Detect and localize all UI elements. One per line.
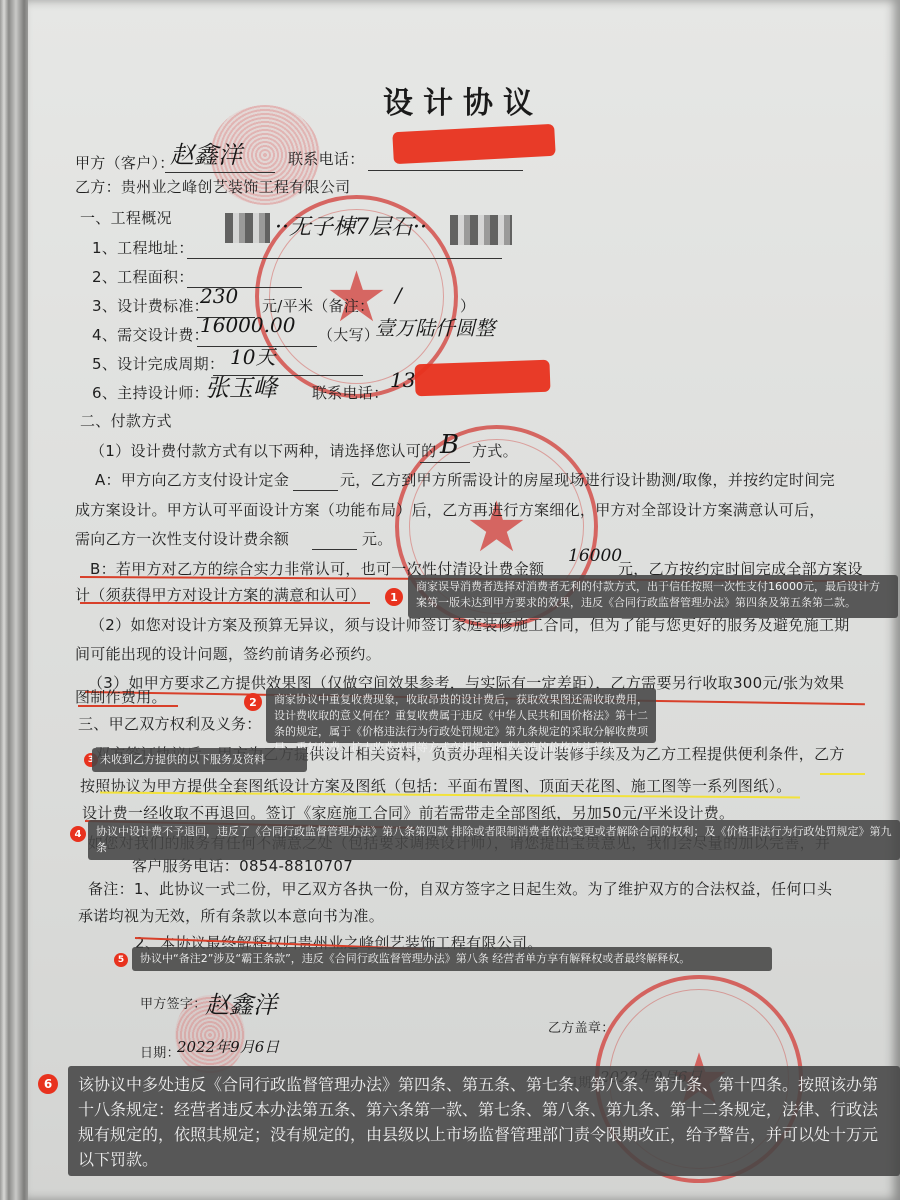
field-fee-standard-label: 3、设计费标准： bbox=[92, 295, 209, 316]
field-design-fee-upper-value: 壹万陆仟圆整 bbox=[375, 312, 495, 341]
annotation-note-1: 商家误导消费者选择对消费者无利的付款方式，出于信任按照一次性支付16000元，最… bbox=[408, 575, 898, 618]
annotation-text-5: 协议中“备注2”涉及“霸王条款”，违反《合同行政监督管理办法》第八条 经营者单方… bbox=[140, 952, 690, 965]
annotation-note-2: 商家协议中重复收费现象，收取昂贵的设计费后，获取效果图还需收取费用，设计费收取的… bbox=[266, 688, 656, 743]
document-title: 设计协议 bbox=[383, 78, 543, 122]
payment-a-line1: A：甲方向乙方支付设计定金 bbox=[95, 469, 289, 490]
annotation-note-5: 协议中“备注2”涉及“霸王条款”，违反《合同行政监督管理办法》第八条 经营者单方… bbox=[132, 947, 772, 971]
field-designer-contact-value: 13 bbox=[390, 368, 415, 392]
party-b-name: 乙方：贵州业之峰创艺装饰工程有限公司 bbox=[75, 176, 350, 197]
payment-2-line2: 间可能出现的设计问题，签约前请务必预约。 bbox=[75, 643, 381, 664]
payment-a-deposit-line bbox=[293, 476, 338, 491]
payment-b-amount: 16000 bbox=[568, 546, 622, 566]
annotation-badge-6: 6 bbox=[38, 1074, 58, 1094]
underline-yellow-duty-1 bbox=[820, 773, 865, 775]
party-a-label: 甲方（客户）： bbox=[75, 152, 175, 173]
redacted-phone-designer bbox=[414, 360, 550, 397]
field-address-label: 1、工程地址： bbox=[92, 237, 194, 258]
annotation-note-4: 协议中设计费不予退回，违反了《合同行政监督管理办法》第八条第四款 排除或者限制消… bbox=[88, 820, 900, 860]
annotation-badge-1: 1 bbox=[385, 588, 403, 606]
annotation-text-6: 该协议中多处违反《合同行政监督管理办法》第四条、第五条、第七条、第八条、第九条、… bbox=[78, 1075, 878, 1169]
party-a-date-value: 2022年9月6日 bbox=[177, 1036, 279, 1057]
field-design-fee-upper-label: （大写） bbox=[318, 324, 379, 345]
address-blur-left bbox=[225, 213, 270, 243]
section3-heading: 三、甲乙双方权利及义务： bbox=[78, 713, 262, 734]
annotation-text-2: 商家协议中重复收费现象，收取昂贵的设计费后，获取效果图还需收取费用，设计费收取的… bbox=[274, 693, 648, 754]
payment-choice-line bbox=[420, 448, 470, 463]
party-a-sign-value: 赵鑫洋 bbox=[205, 985, 277, 1020]
annotation-note-3: 未收到乙方提供的以下服务及资料 bbox=[92, 748, 307, 772]
field-designer-value: 张玉峰 bbox=[205, 368, 277, 403]
field-design-fee-label: 4、需交设计费： bbox=[92, 324, 209, 345]
payment-choice-text: （1）设计费付款方式有以下两种，请选择您认可的 bbox=[90, 440, 436, 461]
field-area-label: 2、工程面积： bbox=[92, 266, 194, 287]
annotation-text-1: 商家误导消费者选择对消费者无利的付款方式，出于信任按照一次性支付16000元，最… bbox=[416, 580, 880, 609]
payment-a-line1b: 元，乙方到甲方所需设计的房屋现场进行设计勘测/取像，并按约定时间完 bbox=[340, 469, 835, 490]
annotation-badge-2: 2 bbox=[244, 693, 262, 711]
remark-1-line2: 承诺均视为无效，所有条款以本意向书为准。 bbox=[78, 905, 384, 926]
field-fee-remark-value: / bbox=[395, 283, 402, 307]
section1-heading: 一、工程概况 bbox=[80, 207, 172, 228]
underline-payment-b-2 bbox=[80, 602, 370, 604]
payment-3-line2: 图制作费用。 bbox=[75, 686, 167, 707]
address-blur-right bbox=[450, 215, 512, 245]
field-address-line bbox=[187, 244, 502, 259]
party-a-line bbox=[165, 158, 275, 173]
payment-choice-end: 方式。 bbox=[472, 440, 518, 461]
field-address-value: ··无子棟7层石·· bbox=[275, 210, 427, 241]
payment-a-line3b: 元。 bbox=[362, 528, 393, 549]
field-designer-contact-label: 联系电话： bbox=[312, 382, 389, 403]
party-b-stamp-label: 乙方盖章： bbox=[548, 1017, 615, 1036]
party-a-contact-label: 联系电话： bbox=[288, 148, 365, 169]
underline-payment-3-2 bbox=[78, 705, 178, 707]
party-a-sign-label: 甲方签字： bbox=[140, 993, 207, 1012]
payment-a-balance-line bbox=[312, 535, 357, 550]
payment-a-line2: 成方案设计。甲方认可平面设计方案（功能布局）后，乙方再进行方案细化，甲方对全部设… bbox=[75, 499, 825, 520]
annotation-note-6: 该协议中多处违反《合同行政监督管理办法》第四条、第五条、第七条、第八条、第九条、… bbox=[68, 1066, 900, 1176]
annotation-text-4: 协议中设计费不予退回，违反了《合同行政监督管理办法》第八条第四款 排除或者限制消… bbox=[96, 825, 892, 854]
annotation-text-3: 未收到乙方提供的以下服务及资料 bbox=[100, 753, 265, 766]
remark-1-line1: 备注：1、此协议一式二份，甲乙双方各执一份，自双方签字之日起生效。为了维护双方的… bbox=[88, 878, 832, 899]
field-designer-label: 6、主持设计师： bbox=[92, 382, 209, 403]
payment-a-line3: 需向乙方一次性支付设计费余额 bbox=[75, 528, 289, 549]
party-a-date-label: 日期： bbox=[140, 1042, 180, 1061]
section2-heading: 二、付款方式 bbox=[80, 410, 172, 431]
annotation-badge-5: 5 bbox=[114, 953, 128, 967]
annotation-badge-4: 4 bbox=[70, 826, 86, 842]
